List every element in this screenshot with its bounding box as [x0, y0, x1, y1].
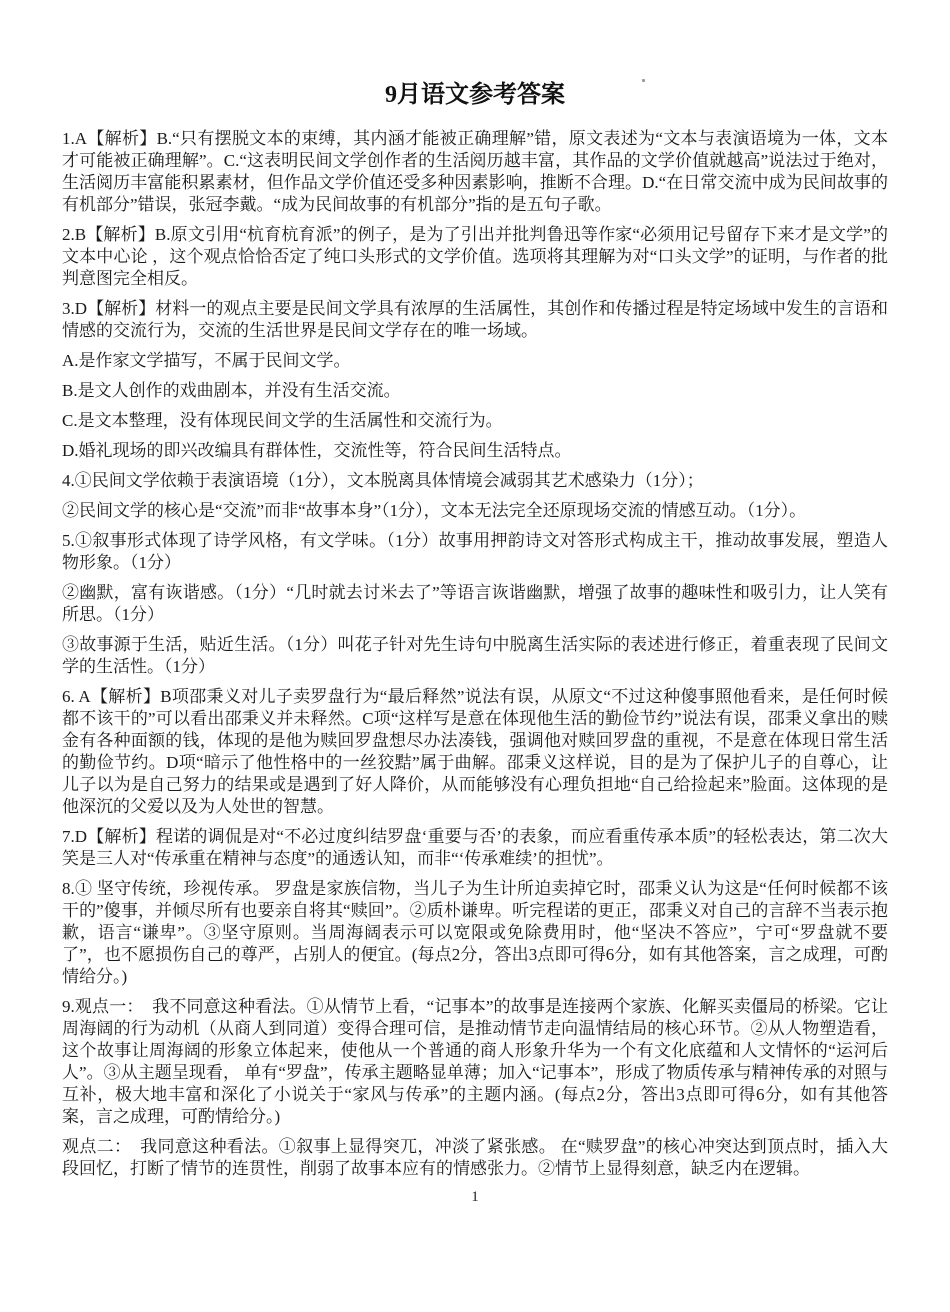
answer-item-9-view-2: 观点二： 我同意这种看法。①叙事上显得突兀，冲淡了紧张感。 在“赎罗盘”的核心冲… [62, 1136, 888, 1180]
answer-item-5-point-2: ②幽默，富有诙谐感。（1分）“几时就去讨米去了”等语言诙谐幽默，增强了故事的趣味… [62, 582, 888, 626]
answer-item-4-point-2: ②民间文学的核心是“交流”而非“故事本身”（1分），文本无法完全还原现场交流的情… [62, 500, 888, 522]
answer-item-4-point-1: 4.①民间文学依赖于表演语境（1分），文本脱离具体情境会减弱其艺术感染力（1分）… [62, 470, 888, 492]
answer-item-7: 7.D【解析】程诺的调侃是对“不必过度纠结罗盘‘重要与否’的表象，而应看重传承本… [62, 826, 888, 870]
answer-item-9-view-1: 9.观点一： 我不同意这种看法。①从情节上看，“记事本”的故事是连接两个家族、化… [62, 996, 888, 1128]
answer-item-6: 6. A【解析】B项邵秉义对儿子卖罗盘行为“最后释然”说法有误，从原文“不过这种… [62, 686, 888, 818]
option-b: B.是文人创作的戏曲剧本，并没有生活交流。 [62, 380, 888, 402]
answer-item-3: 3.D【解析】材料一的观点主要是民间文学具有浓厚的生活属性，其创作和传播过程是特… [62, 298, 888, 342]
answer-item-5-point-1: 5.①叙事形式体现了诗学风格，有文学味。（1分）故事用押韵诗文对答形式构成主干，… [62, 530, 888, 574]
document-title: 9月语文参考答案 [62, 80, 888, 110]
answer-item-1: 1.A【解析】B.“只有摆脱文本的束缚，其内涵才能被正确理解”错，原文表述为“文… [62, 128, 888, 216]
answer-item-5-point-3: ③故事源于生活，贴近生活。（1分）叫花子针对先生诗句中脱离生活实际的表述进行修正… [62, 634, 888, 678]
document-page: 9月语文参考答案 1.A【解析】B.“只有摆脱文本的束缚，其内涵才能被正确理解”… [0, 0, 950, 1312]
answer-item-8: 8.① 坚守传统，珍视传承。 罗盘是家族信物，当儿子为生计所迫卖掉它时，邵秉义认… [62, 878, 888, 988]
page-number: 1 [62, 1188, 888, 1206]
answer-item-2: 2.B【解析】B.原文引用“杭育杭育派”的例子，是为了引出并批判鲁迅等作家“必须… [62, 224, 888, 290]
stray-dot [642, 79, 645, 82]
option-d: D.婚礼现场的即兴改编具有群体性，交流性等，符合民间生活特点。 [62, 440, 888, 462]
option-c: C.是文本整理，没有体现民间文学的生活属性和交流行为。 [62, 410, 888, 432]
option-a: A.是作家文学描写，不属于民间文学。 [62, 350, 888, 372]
